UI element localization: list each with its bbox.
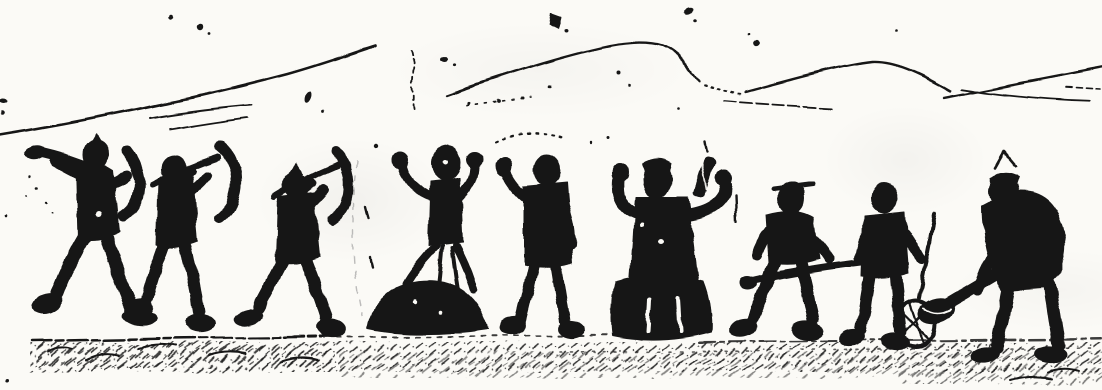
worker-hat	[990, 173, 1019, 186]
hill-line-left	[0, 46, 376, 136]
figure-pickaxe-worker-1	[24, 134, 158, 328]
hill-line-left-drop	[412, 50, 414, 110]
worker-torso	[428, 178, 463, 246]
worker-head	[871, 183, 897, 213]
raised-fist	[466, 152, 482, 168]
pickaxe-blade	[219, 146, 236, 218]
hill-line-falling	[962, 89, 1090, 101]
pickaxe-blade	[124, 151, 140, 216]
ink-drawing: Ink drawing of a gang of labourers worki…	[0, 0, 1102, 390]
sketch-arc	[497, 134, 566, 142]
worker-lower-body	[611, 276, 711, 340]
hill-line-right	[745, 62, 951, 92]
figure-shoveller-3	[915, 152, 1067, 364]
raised-fist	[392, 152, 408, 168]
figure-drinking-worker	[611, 156, 733, 340]
hill-dash-right	[1066, 86, 1100, 88]
figure-fist-raiser	[496, 134, 585, 339]
scratch-line	[353, 160, 362, 316]
hill-stroke-b	[168, 118, 248, 130]
shovel-shaft	[944, 267, 1008, 305]
worker-torso	[862, 212, 909, 278]
pick-head	[24, 145, 46, 161]
worker-head	[534, 155, 560, 185]
hill-line-middle-dots	[704, 85, 741, 94]
figure-spoil-heap-digger	[368, 146, 488, 333]
foothill-line	[724, 101, 833, 108]
workers-row	[24, 134, 1068, 364]
hill-stroke-a	[150, 105, 252, 118]
cap-brim	[773, 185, 812, 190]
hill-line-rising	[944, 67, 1102, 98]
raised-fist	[612, 164, 628, 182]
raised-fist	[496, 157, 512, 175]
hill-line-middle	[446, 43, 699, 95]
ground-hatching	[30, 334, 1102, 384]
figure-pickaxe-worker-3	[233, 151, 349, 339]
scanned-illustration: Ink drawing of a gang of labourers worki…	[0, 0, 1102, 390]
worker-cap	[642, 159, 671, 172]
pickaxe-blade	[332, 151, 349, 220]
